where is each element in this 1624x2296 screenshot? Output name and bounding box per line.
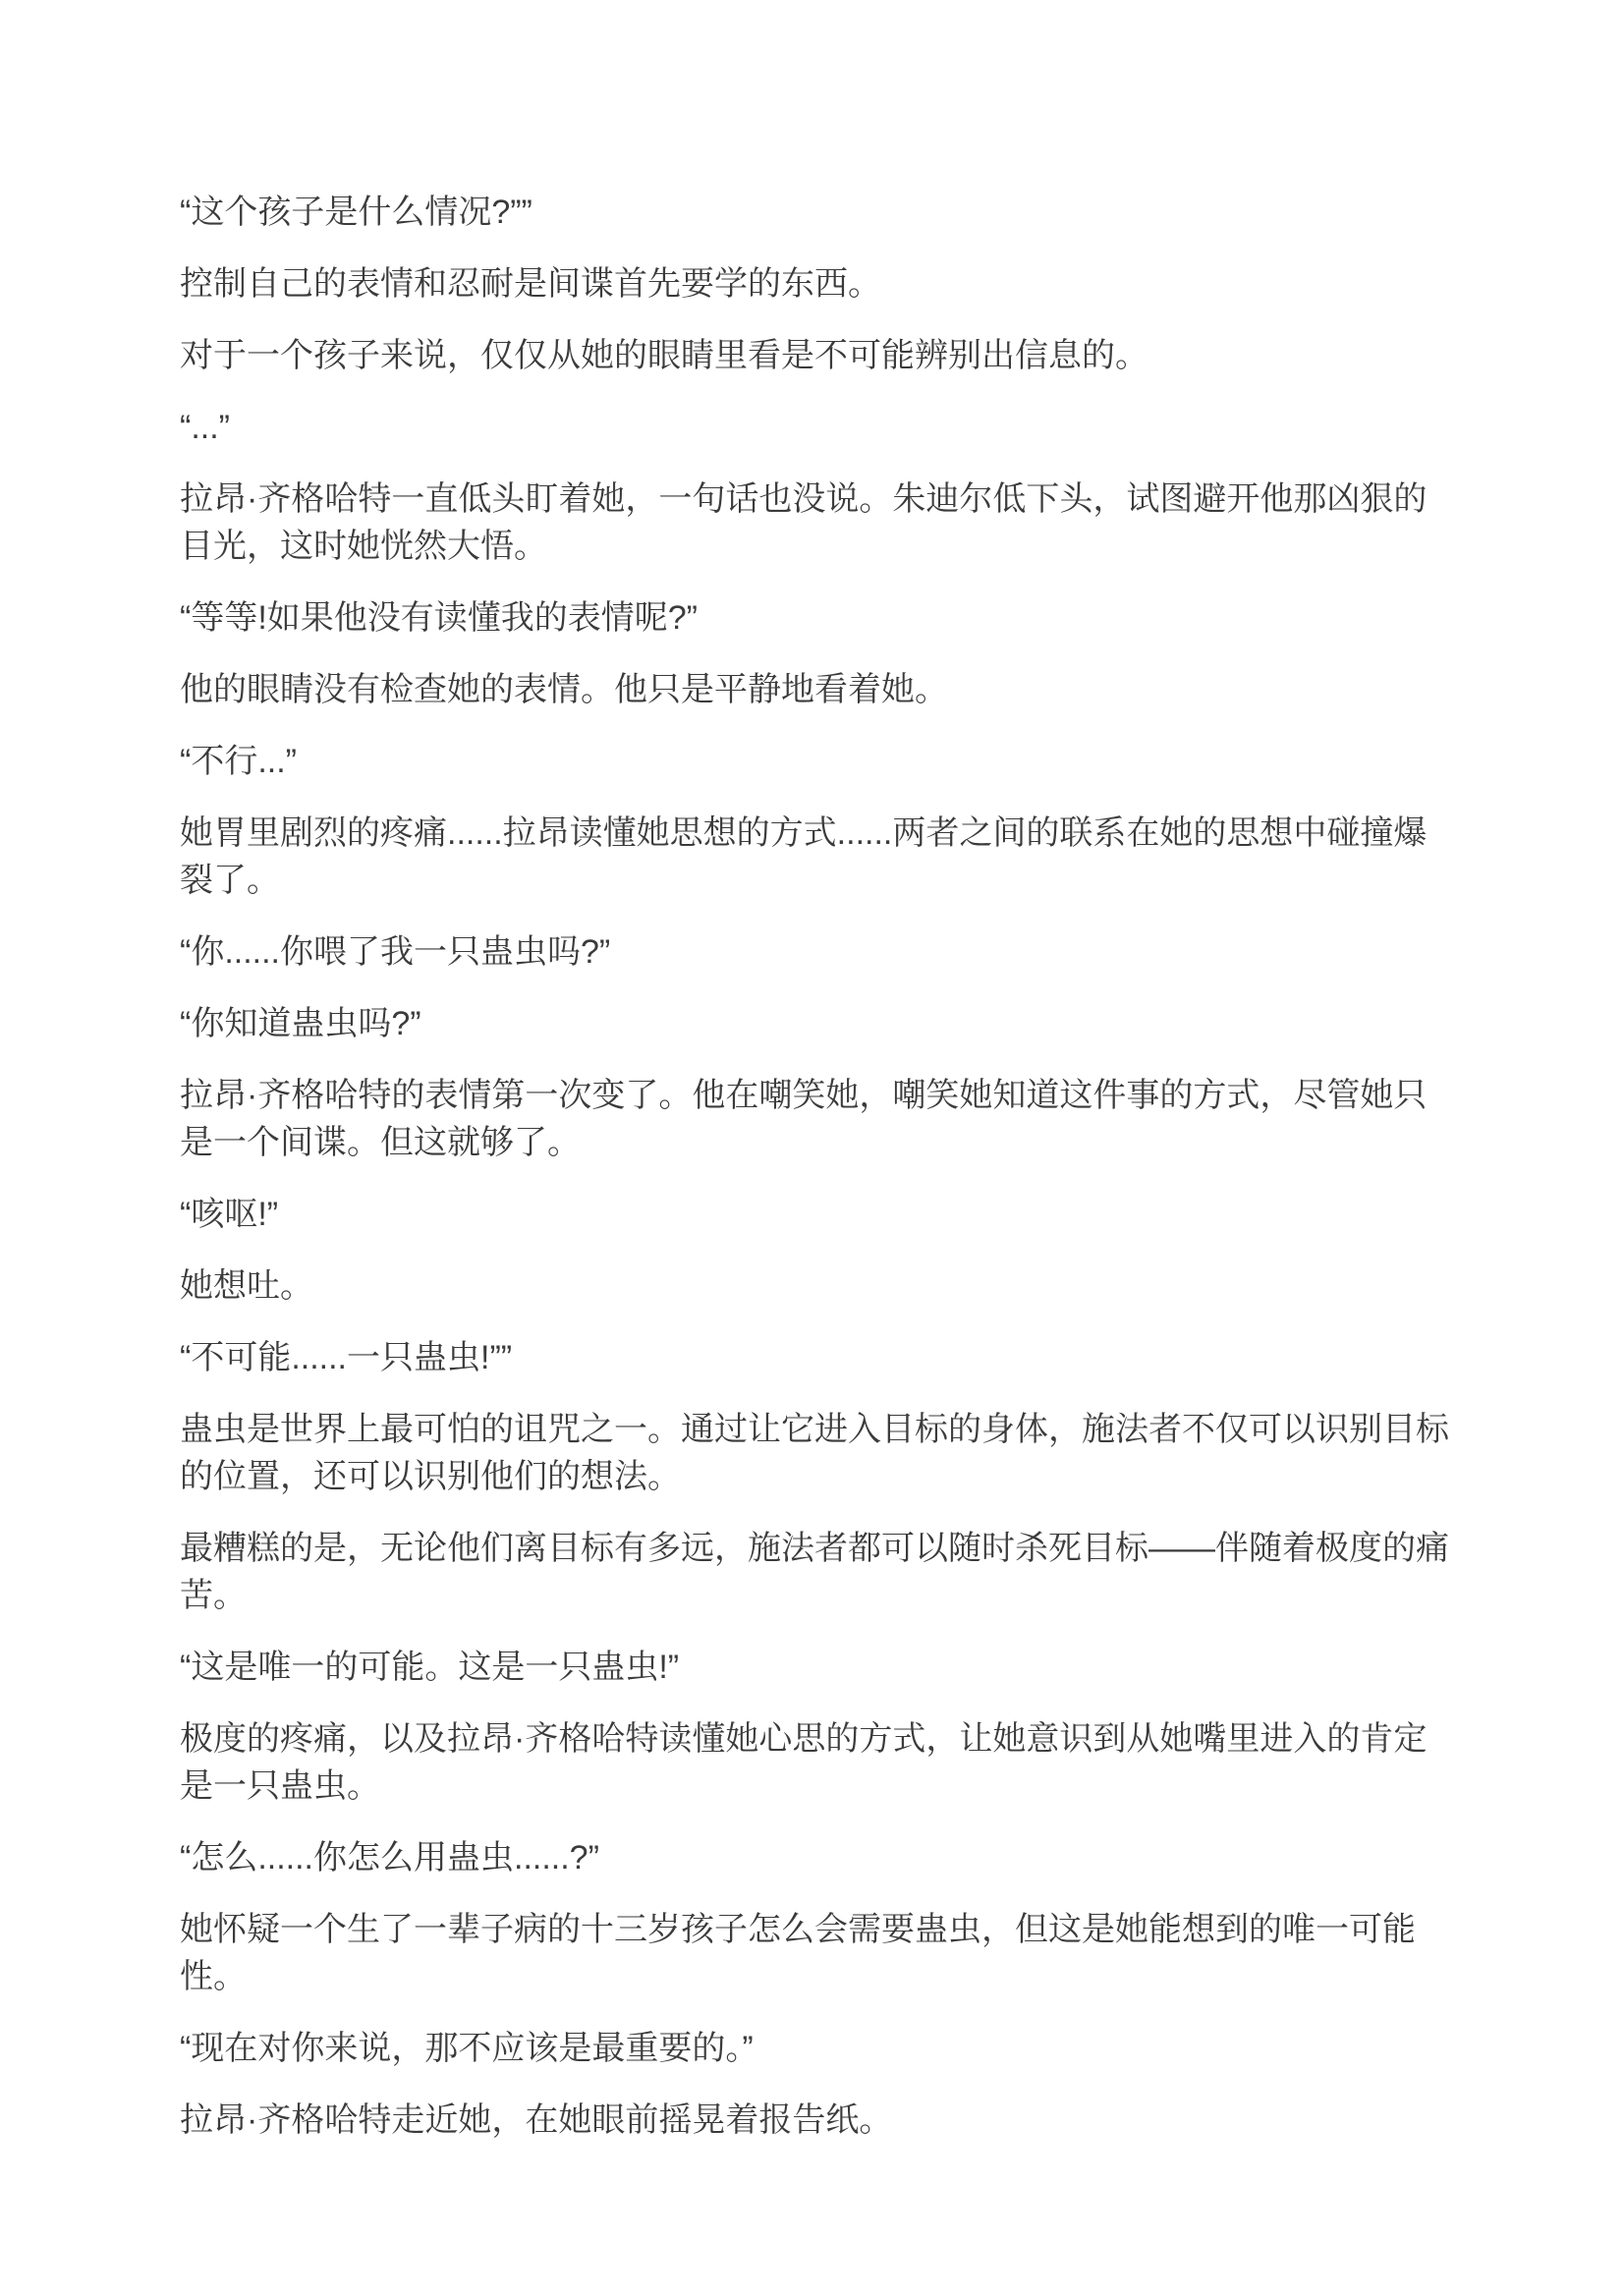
paragraph: 她想吐。 <box>180 1262 1449 1310</box>
paragraph: “...” <box>180 404 1449 451</box>
text-content: “这个孩子是什么情况?””控制自己的表情和忍耐是间谍首先要学的东西。对于一个孩子… <box>180 189 1449 2168</box>
paragraph: 蛊虫是世界上最可怕的诅咒之一。通过让它进入目标的身体，施法者不仅可以识别目标的位… <box>180 1406 1449 1500</box>
paragraph: “你知道蛊虫吗?” <box>180 1000 1449 1047</box>
paragraph: 对于一个孩子来说，仅仅从她的眼睛里看是不可能辨别出信息的。 <box>180 332 1449 379</box>
document-page: “这个孩子是什么情况?””控制自己的表情和忍耐是间谍首先要学的东西。对于一个孩子… <box>0 0 1624 2296</box>
paragraph: “这个孩子是什么情况?”” <box>180 189 1449 236</box>
paragraph: “等等!如果他没有读懂我的表情呢?” <box>180 594 1449 642</box>
paragraph: “不行...” <box>180 738 1449 785</box>
paragraph: 拉昂·齐格哈特走近她，在她眼前摇晃着报告纸。 <box>180 2097 1449 2144</box>
paragraph: 她怀疑一个生了一辈子病的十三岁孩子怎么会需要蛊虫，但这是她能想到的唯一可能性。 <box>180 1906 1449 2000</box>
paragraph: 他的眼睛没有检查她的表情。他只是平静地看着她。 <box>180 666 1449 713</box>
paragraph: 拉昂·齐格哈特的表情第一次变了。他在嘲笑她，嘲笑她知道这件事的方式，尽管她只是一… <box>180 1072 1449 1166</box>
paragraph: 她胃里剧烈的疼痛......拉昂读懂她思想的方式......两者之间的联系在她的… <box>180 810 1449 904</box>
paragraph: “怎么......你怎么用蛊虫......?” <box>180 1834 1449 1881</box>
paragraph: “现在对你来说，那不应该是最重要的。” <box>180 2025 1449 2072</box>
paragraph: 控制自己的表情和忍耐是间谍首先要学的东西。 <box>180 260 1449 308</box>
paragraph: “不可能......一只蛊虫!”” <box>180 1334 1449 1381</box>
paragraph: “这是唯一的可能。这是一只蛊虫!” <box>180 1644 1449 1691</box>
paragraph: 拉昂·齐格哈特一直低头盯着她，一句话也没说。朱迪尔低下头，试图避开他那凶狠的目光… <box>180 476 1449 570</box>
paragraph: 最糟糕的是，无论他们离目标有多远，施法者都可以随时杀死目标——伴随着极度的痛苦。 <box>180 1525 1449 1619</box>
paragraph: “咳呕!” <box>180 1191 1449 1238</box>
paragraph: “你......你喂了我一只蛊虫吗?” <box>180 928 1449 976</box>
paragraph: 极度的疼痛，以及拉昂·齐格哈特读懂她心思的方式，让她意识到从她嘴里进入的肯定是一… <box>180 1715 1449 1810</box>
